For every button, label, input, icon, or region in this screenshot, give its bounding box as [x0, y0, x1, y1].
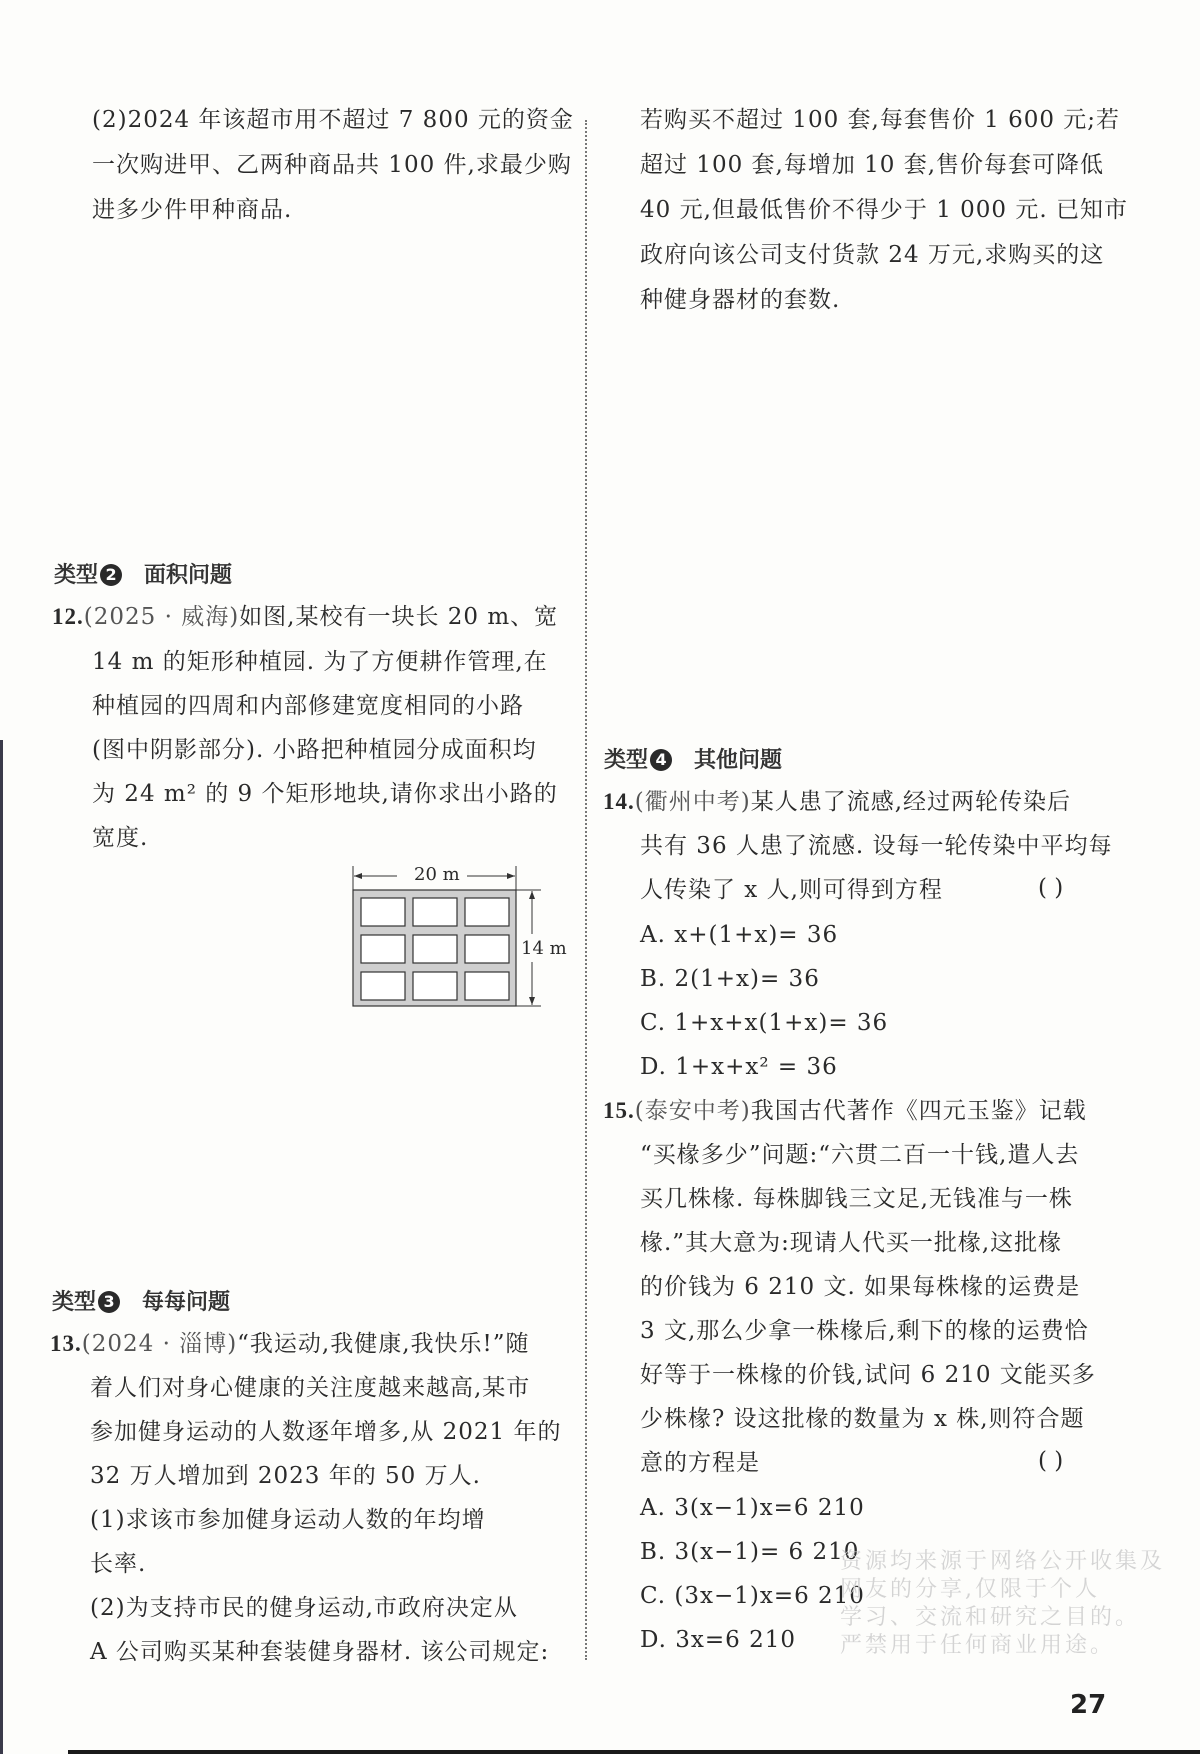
- question-13-first-line: 13.(2024 · 淄博)“我运动,我健康,我快乐!”随: [50, 1329, 530, 1359]
- question-source: (2025 · 威海): [84, 604, 239, 630]
- question-source: (2024 · 淄博): [82, 1331, 237, 1357]
- text-line: 3 文,那么少拿一株椽后,剩下的椽的运费恰: [640, 1316, 1089, 1346]
- text-line: (1)求该市参加健身运动人数的年均增: [90, 1505, 486, 1535]
- section-prefix: 类型: [52, 1290, 96, 1315]
- garden-figure: 20 m 14 m: [345, 866, 575, 1020]
- text-line: 的价钱为 6 210 文. 如果每株椽的运费是: [640, 1272, 1080, 1302]
- option-c[interactable]: C. 1+x+x(1+x)= 36: [640, 1008, 888, 1038]
- option-d[interactable]: D. 3x=6 210: [640, 1625, 796, 1655]
- option-b[interactable]: B. 3(x−1)= 6 210: [640, 1537, 859, 1567]
- answer-blank[interactable]: ( ): [1038, 875, 1063, 901]
- answer-blank[interactable]: ( ): [1038, 1448, 1063, 1474]
- section-header-area: 类型2面积问题: [54, 558, 232, 589]
- section-title: 其他问题: [694, 748, 782, 773]
- text-line: 一次购进甲、乙两种商品共 100 件,求最少购: [92, 150, 572, 180]
- section-number-badge: 3: [98, 1291, 120, 1313]
- question-14-first-line: 14.(衢州中考)某人患了流感,经过两轮传染后: [603, 787, 1071, 817]
- scan-edge-left: [0, 740, 3, 1754]
- question-number: 14.: [603, 789, 635, 814]
- text-line: 参加健身运动的人数逐年增多,从 2021 年的: [90, 1417, 561, 1447]
- text-line: 长率.: [90, 1549, 146, 1579]
- text-line: 进多少件甲种商品.: [92, 195, 292, 225]
- text-line: 某人患了流感,经过两轮传染后: [751, 789, 1071, 815]
- text-line: 我国古代著作《四元玉鉴》记载: [751, 1098, 1087, 1124]
- watermark-line: 资源均来源于网络公开收集及: [840, 1548, 1165, 1576]
- question-number: 15.: [603, 1098, 635, 1123]
- text-line: A 公司购买某种套装健身器材. 该公司规定:: [90, 1637, 549, 1667]
- watermark-line: 学习、交流和研究之目的。: [840, 1604, 1165, 1632]
- text-line: 种健身器材的套数.: [640, 285, 840, 315]
- text-line: (图中阴影部分). 小路把种植园分成面积均: [92, 735, 537, 765]
- text-line: (2)2024 年该超市用不超过 7 800 元的资金: [92, 105, 574, 135]
- column-divider: [585, 120, 587, 1660]
- text-line: 为 24 m² 的 9 个矩形地块,请你求出小路的: [92, 779, 558, 809]
- text-line: 人传染了 x 人,则可得到方程: [640, 875, 943, 905]
- text-line: 宽度.: [92, 823, 148, 853]
- question-15-first-line: 15.(泰安中考)我国古代著作《四元玉鉴》记载: [603, 1096, 1087, 1126]
- text-line: 14 m 的矩形种植园. 为了方便耕作管理,在: [92, 647, 548, 677]
- question-12-first-line: 12.(2025 · 威海)如图,某校有一块长 20 m、宽: [52, 602, 558, 632]
- question-number: 12.: [52, 604, 84, 629]
- watermark: 资源均来源于网络公开收集及 网友的分享,仅限于个人 学习、交流和研究之目的。 严…: [840, 1548, 1165, 1660]
- width-label: 20 m: [412, 864, 462, 885]
- height-label: 14 m: [521, 938, 567, 959]
- section-header-area: 类型4其他问题: [604, 743, 782, 774]
- text-line: “我运动,我健康,我快乐!”随: [237, 1331, 529, 1357]
- text-line: 若购买不超过 100 套,每套售价 1 600 元;若: [640, 105, 1120, 135]
- text-line: 好等于一株椽的价钱,试问 6 210 文能买多: [640, 1360, 1096, 1390]
- watermark-line: 严禁用于任何商业用途。: [840, 1632, 1165, 1660]
- section-title: 每每问题: [142, 1290, 230, 1315]
- section-title: 面积问题: [144, 563, 232, 588]
- text-line: 40 元,但最低售价不得少于 1 000 元. 已知市: [640, 195, 1128, 225]
- section-header-area: 类型3每每问题: [52, 1285, 230, 1316]
- text-line: 32 万人增加到 2023 年的 50 万人.: [90, 1461, 481, 1491]
- scan-edge-bottom: [68, 1750, 1200, 1754]
- text-line: 超过 100 套,每增加 10 套,售价每套可降低: [640, 150, 1104, 180]
- text-line: 共有 36 人患了流感. 设每一轮传染中平均每: [640, 831, 1113, 861]
- text-line: 椽.”其大意为:现请人代买一批椽,这批椽: [640, 1228, 1062, 1258]
- text-line: 意的方程是: [640, 1448, 760, 1478]
- question-source: (泰安中考): [635, 1098, 751, 1124]
- text-line: (2)为支持市民的健身运动,市政府决定从: [90, 1593, 518, 1623]
- text-line: 少株椽? 设这批椽的数量为 x 株,则符合题: [640, 1404, 1085, 1434]
- question-source: (衢州中考): [635, 789, 751, 815]
- text-line: 着人们对身心健康的关注度越来越高,某市: [90, 1373, 530, 1403]
- option-b[interactable]: B. 2(1+x)= 36: [640, 964, 820, 994]
- page-number: 27: [1070, 1690, 1106, 1720]
- text-line: “买椽多少”问题:“六贯二百一十钱,遣人去: [640, 1140, 1079, 1170]
- question-number: 13.: [50, 1331, 82, 1356]
- option-d[interactable]: D. 1+x+x² = 36: [640, 1052, 838, 1082]
- section-prefix: 类型: [604, 748, 648, 773]
- text-line: 政府向该公司支付货款 24 万元,求购买的这: [640, 240, 1104, 270]
- section-prefix: 类型: [54, 563, 98, 588]
- section-number-badge: 4: [650, 749, 672, 771]
- option-a[interactable]: A. x+(1+x)= 36: [640, 920, 838, 950]
- text-line: 买几株椽. 每株脚钱三文足,无钱准与一株: [640, 1184, 1073, 1214]
- option-a[interactable]: A. 3(x−1)x=6 210: [640, 1493, 865, 1523]
- text-line: 如图,某校有一块长 20 m、宽: [239, 604, 558, 630]
- section-number-badge: 2: [100, 564, 122, 586]
- option-c[interactable]: C. (3x−1)x=6 210: [640, 1581, 865, 1611]
- watermark-line: 网友的分享,仅限于个人: [840, 1576, 1165, 1604]
- text-line: 种植园的四周和内部修建宽度相同的小路: [92, 691, 524, 721]
